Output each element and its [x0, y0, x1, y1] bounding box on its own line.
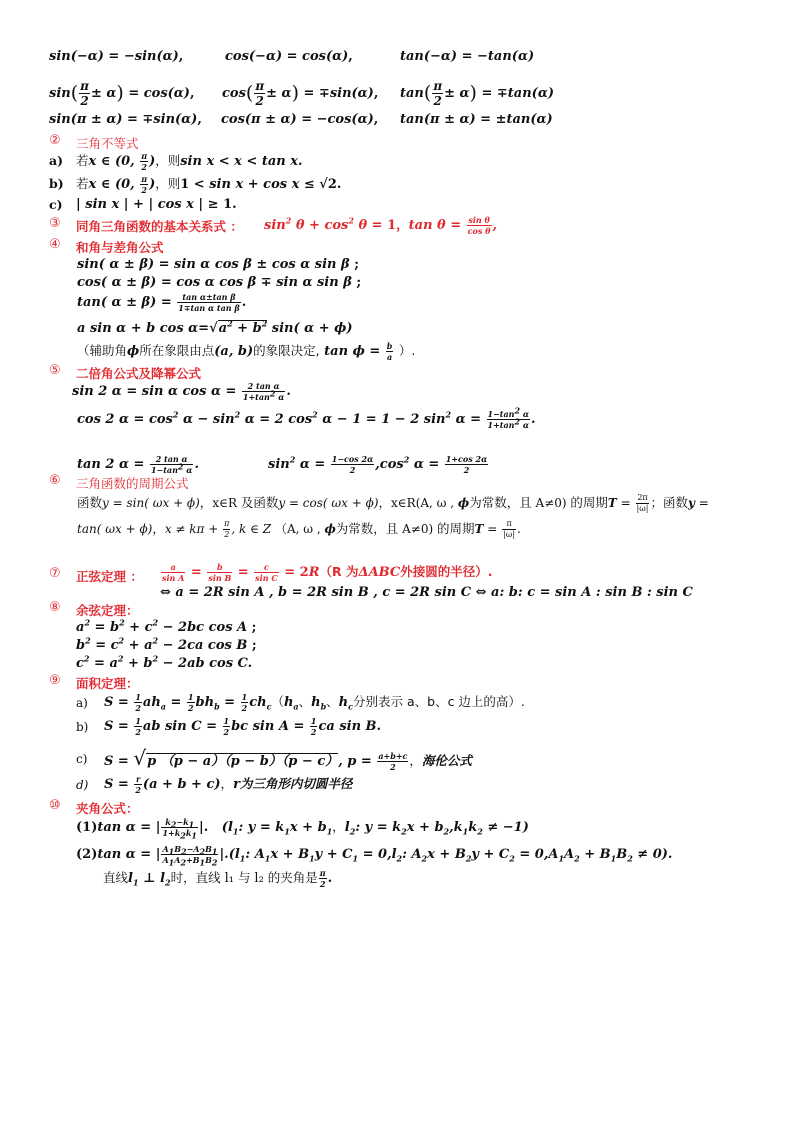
period-sin-cos: 函数y = sin( ωx + ϕ)，x∈R 及函数y = cos( ωx + …	[77, 494, 709, 513]
basic-relation-formula: sin2 θ + cos2 θ = 1，tan θ = sin θcos θ,	[264, 216, 497, 235]
item-label: d)	[76, 778, 88, 792]
cosine-rule-a: a2 = b2 + c2 − 2bc cos A ;	[76, 619, 256, 637]
angle-formula-general: (2)tan α = |A1B2−A2B1A1A2+B1B2|.(l1: A1x…	[76, 845, 672, 864]
formula-sin-double: sin 2 α = sin α cos α = 2 tan α1+tan2 α.	[72, 382, 291, 401]
identity-sin-pi: sin(π ± α) = ∓sin(α),	[49, 111, 202, 129]
section-number: ⑩	[49, 798, 61, 813]
identity-cos-neg: cos(−α) = cos(α),	[225, 48, 353, 66]
area-formula-inradius: S = r2(a + b + c)，r为三角形内切圆半径	[104, 775, 352, 794]
perpendicular-note: 直线l1 ⊥ l2时，直线 l₁ 与 l₂ 的夹角是π2.	[103, 869, 332, 888]
identity-tan-pi: tan(π ± α) = ±tan(α)	[400, 111, 553, 129]
identity-tan-neg: tan(−α) = −tan(α)	[400, 48, 534, 66]
section-number: ⑧	[49, 600, 61, 615]
section-number: ⑨	[49, 673, 61, 688]
section-number: ③	[49, 216, 61, 231]
period-tan: tan( ωx + ϕ)，x ≠ kπ + π2, k ∈ Z （A, ω , …	[77, 520, 521, 539]
cosine-rule-b: b2 = c2 + a2 − 2ca cos B ;	[76, 637, 257, 655]
section-title: 余弦定理：	[76, 601, 139, 619]
item-label: a)	[49, 153, 63, 168]
section-title: 三角不等式	[76, 134, 139, 152]
auxiliary-angle-note: （辅助角ϕ所在象限由点(a, b)的象限决定, tan ϕ = ba ）.	[77, 342, 415, 361]
formula-tan-sum: tan( α ± β) = tan α±tan β1∓tan α tan β.	[77, 293, 246, 312]
section-number: ⑤	[49, 363, 61, 378]
section-number: ⑦	[49, 566, 61, 581]
cosine-rule-c: c2 = a2 + b2 − 2ab cos C.	[76, 655, 252, 673]
area-formula-b: S = 12ab sin C = 12bc sin A = 12ca sin B…	[104, 717, 381, 736]
section-title: 和角与差角公式	[76, 238, 164, 256]
item-label: a)	[76, 696, 88, 710]
section-number: ⑥	[49, 473, 61, 488]
inequality-c: | sin x | + | cos x | ≥ 1.	[76, 196, 237, 214]
formula-cos-double: cos 2 α = cos2 α − sin2 α = 2 cos2 α − 1…	[77, 410, 536, 429]
angle-formula-slopes: (1)tan α = |k2−k11+k2k1|. (l1: y = k1x +…	[76, 818, 529, 837]
identity-tan-half-pi: tan(π2± α) = ∓tan(α)	[400, 80, 554, 107]
identity-cos-half-pi: cos(π2± α) = ∓sin(α),	[222, 80, 378, 107]
section-title: 三角函数的周期公式	[76, 474, 189, 492]
section-title: 二倍角公式及降幂公式	[76, 364, 201, 382]
section-title: 夹角公式：	[76, 799, 139, 817]
identity-cos-pi: cos(π ± α) = −cos(α),	[221, 111, 378, 129]
inequality-b: 若x ∈ (0, π2)，则1 < sin x + cos x ≤ √2.	[76, 175, 341, 194]
item-label: b)	[49, 176, 64, 191]
section-title: 面积定理：	[76, 674, 139, 692]
sine-rule-equivalent: ⇔ a = 2R sin A , b = 2R sin B , c = 2R s…	[160, 584, 693, 602]
inequality-a: 若x ∈ (0, π2)，则sin x < x < tan x.	[76, 152, 303, 171]
identity-sin-neg: sin(−α) = −sin(α),	[49, 48, 183, 66]
formula-auxiliary-angle: a sin α + b cos α=√a2 + b2 sin( α + ϕ)	[77, 320, 353, 338]
section-number: ②	[49, 133, 61, 148]
item-label: c)	[76, 752, 87, 766]
formula-sin-sum: sin( α ± β) = sin α cos β ± cos α sin β …	[77, 256, 359, 274]
section-title: 正弦定理 ：	[76, 567, 143, 585]
formula-cos-sum: cos( α ± β) = cos α cos β ∓ sin α sin β …	[77, 274, 361, 292]
sine-rule-formula: asin A = bsin B = csin C = 2R（R 为ΔABC外接圆…	[160, 563, 492, 582]
formula-power-reduction: sin2 α = 1−cos 2α2,cos2 α = 1+cos 2α2	[268, 455, 489, 474]
area-formula-heron: S = √p （p − a）（p − b）（p − c）, p = a+b+c2…	[104, 749, 472, 771]
item-label: b)	[76, 720, 88, 734]
section-number: ④	[49, 237, 61, 252]
section-title: 同角三角函数的基本关系式 ：	[76, 217, 243, 235]
formula-tan-double: tan 2 α = 2 tan α1−tan2 α.	[77, 455, 199, 474]
item-label: c)	[49, 197, 63, 212]
area-formula-a: S = 12aha = 12bhb = 12chc（ha、hb、hc分别表示 a…	[104, 693, 525, 712]
identity-sin-half-pi: sin(π2± α) = cos(α),	[49, 80, 194, 107]
